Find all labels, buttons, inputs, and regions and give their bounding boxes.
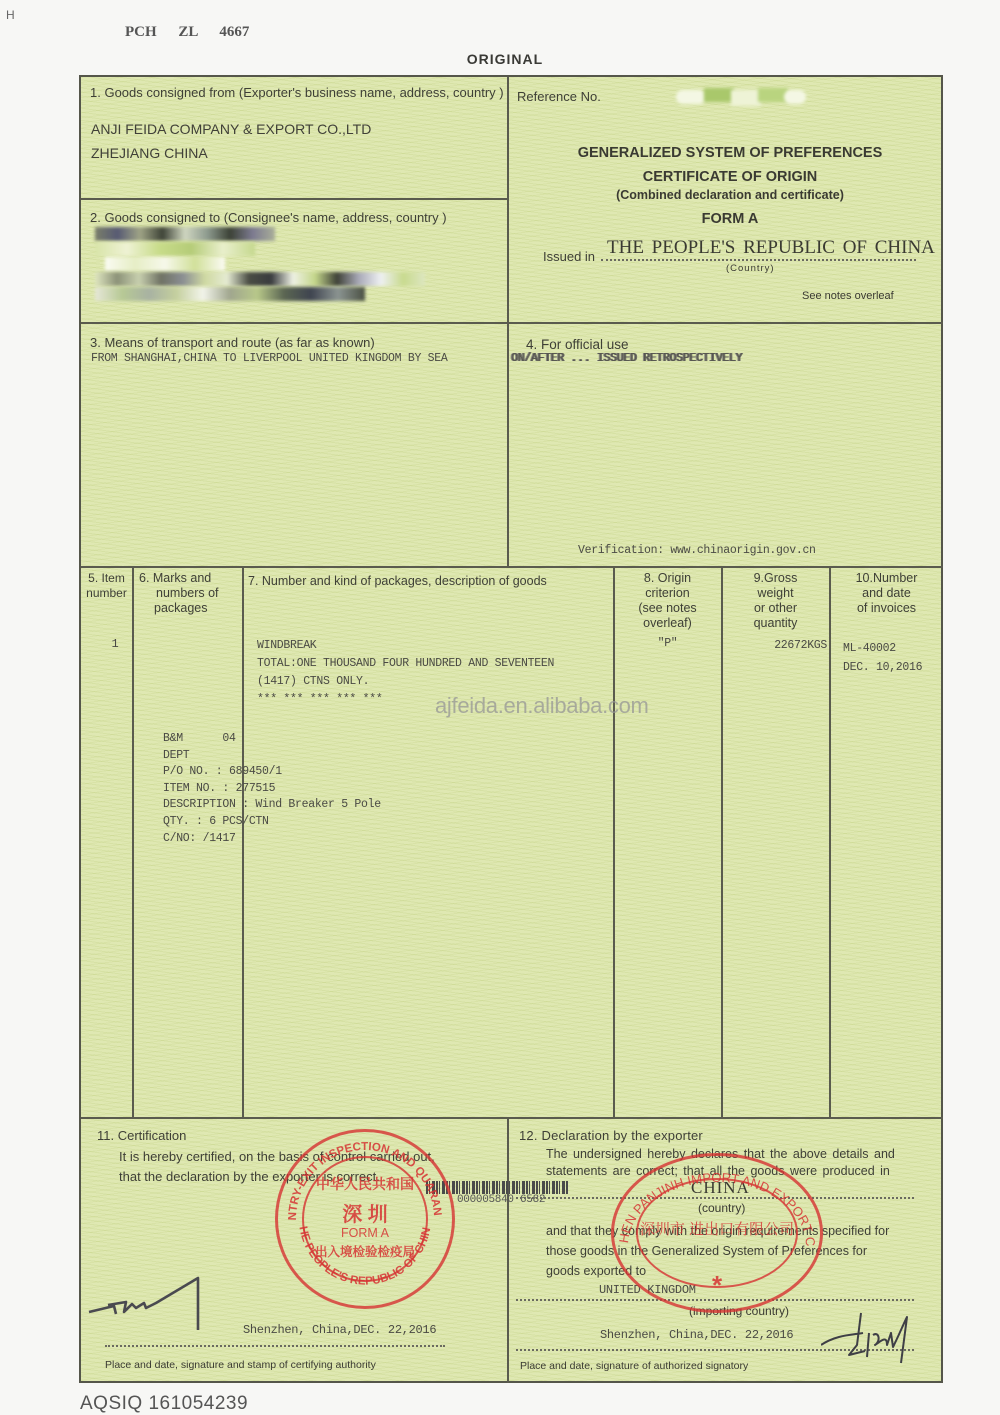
certificate-form: 1. Goods consigned from (Exporter's busi… bbox=[79, 75, 943, 1383]
divider bbox=[81, 566, 943, 568]
exporter-signature bbox=[821, 1305, 921, 1365]
certification-place-date: Shenzhen, China,DEC. 22,2016 bbox=[243, 1323, 436, 1337]
watermark: ajfeida.en.alibaba.com bbox=[435, 693, 649, 719]
origin-criterion: "P" bbox=[614, 637, 721, 650]
box2-label: 2. Goods consigned to (Consignee's name,… bbox=[90, 210, 447, 225]
divider bbox=[81, 1117, 943, 1119]
certification-caption: Place and date, signature and stamp of c… bbox=[105, 1359, 376, 1371]
header-origin: 8. Origincriterion (see notesoverleaf) bbox=[614, 571, 721, 631]
certificate-subtitle: CERTIFICATE OF ORIGIN bbox=[517, 169, 943, 185]
box1-label: 1. Goods consigned from (Exporter's busi… bbox=[90, 85, 505, 115]
certificate-subtitle2: (Combined declaration and certificate) bbox=[517, 188, 943, 202]
box12-label: 12. Declaration by the exporter bbox=[519, 1128, 703, 1143]
official-use-overprint: ON/AFTER ... ISSUED RETROSPECTIVELY bbox=[511, 352, 742, 365]
header-description: 7. Number and kind of packages, descript… bbox=[248, 574, 547, 589]
item-number: 1 bbox=[81, 637, 149, 651]
transport-route: FROM SHANGHAI,CHINA TO LIVERPOOL UNITED … bbox=[91, 352, 447, 365]
gross-weight: 22672KGS bbox=[722, 639, 827, 652]
box11-label: 11. Certification bbox=[97, 1128, 186, 1143]
certifier-signature bbox=[86, 1270, 206, 1330]
reference-label: Reference No. bbox=[517, 89, 601, 104]
reference-number-redacted bbox=[676, 88, 811, 106]
barcode-number: 000005840 6582 bbox=[457, 1194, 545, 1206]
country-caption: (Country) bbox=[726, 263, 775, 274]
verification-url: Verification: www.chinaorigin.gov.cn bbox=[578, 544, 816, 557]
form-code: PCH ZL 4667 bbox=[125, 24, 249, 41]
exporter-address: ZHEJIANG CHINA bbox=[91, 145, 208, 161]
certification-dotted-line bbox=[105, 1345, 445, 1347]
exporter-company-stamp: SHENZHEN PANJINH IMPORT AND EXPORT CO.,L… bbox=[611, 1153, 823, 1313]
exporter-name: ANJI FEIDA COMPANY & EXPORT CO.,LTD bbox=[91, 121, 371, 137]
declaration-place-date: Shenzhen, China,DEC. 22,2016 bbox=[600, 1328, 793, 1342]
consignee-redacted bbox=[95, 227, 425, 312]
margin-mark: H bbox=[6, 8, 15, 22]
inspection-bureau-stamp: SHENZHEN ENTRY-EXIT INSPECTION AND QUARA… bbox=[275, 1129, 455, 1309]
divider bbox=[507, 1117, 509, 1383]
issued-in-label: Issued in bbox=[543, 249, 595, 264]
issued-in-dotted-line bbox=[601, 259, 916, 261]
shipping-marks: B&M 04 DEPT P/O NO. : 689450/1 ITEM NO. … bbox=[163, 731, 381, 847]
certificate-title: GENERALIZED SYSTEM OF PREFERENCES bbox=[517, 145, 943, 161]
header-weight: 9.Grossweight or otherquantity bbox=[722, 571, 829, 631]
declaration-caption: Place and date, signature of authorized … bbox=[520, 1360, 748, 1372]
serial-number: AQSIQ 161054239 bbox=[80, 1393, 248, 1415]
divider bbox=[829, 566, 831, 1117]
copy-label: ORIGINAL bbox=[0, 51, 1000, 67]
header-item-number: 5. Itemnumber bbox=[81, 571, 132, 601]
box4-label: 4. For official use bbox=[526, 337, 629, 352]
box3-label: 3. Means of transport and route (as far … bbox=[90, 335, 375, 350]
form-type: FORM A bbox=[517, 211, 943, 227]
header-marks: 6. Marks and numbers of packages bbox=[139, 571, 239, 616]
issued-in-country: THE PEOPLE'S REPUBLIC OF CHINA bbox=[607, 237, 935, 259]
header-invoice: 10.Numberand date of invoices bbox=[830, 571, 943, 616]
notes-overleaf: See notes overleaf bbox=[802, 290, 894, 302]
divider bbox=[507, 77, 509, 566]
invoice-number-date: ML-40002 DEC. 10,2016 bbox=[843, 639, 922, 677]
divider bbox=[81, 322, 943, 324]
divider bbox=[81, 198, 508, 200]
